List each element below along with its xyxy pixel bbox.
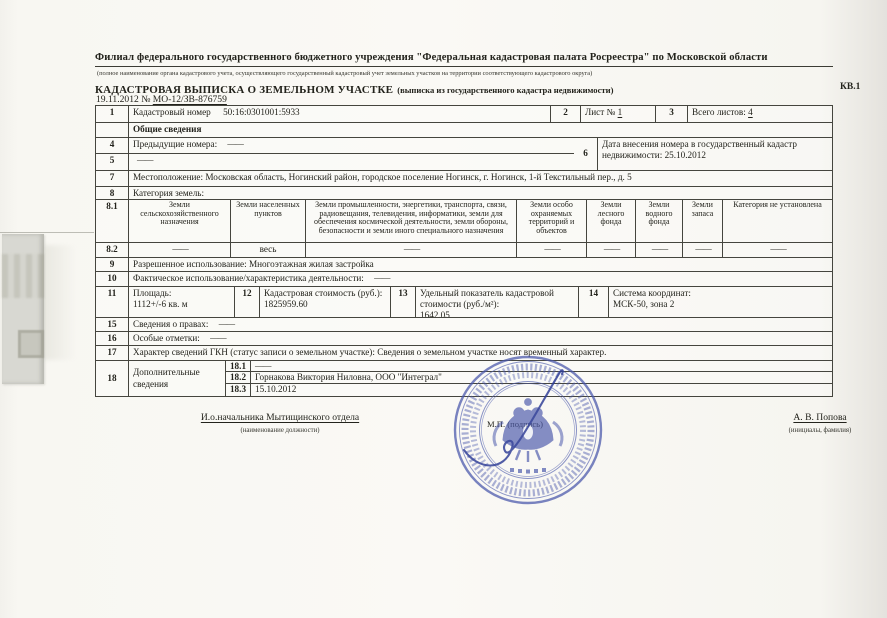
row-number: 8.2 — [96, 243, 129, 257]
document-number-line: 19.11.2012 № МО-12/ЗВ-876759 — [96, 94, 227, 105]
registry-date-cell: Дата внесения номера в государственный к… — [598, 138, 832, 170]
row-number: 11 — [96, 287, 129, 317]
form-code: КВ.1 — [840, 82, 860, 92]
cadastral-number-cell: Кадастровый номер 50:16:0301001:5933 — [129, 106, 551, 122]
scan-artifact-box — [18, 330, 44, 358]
area-label: Площадь: — [133, 288, 230, 299]
table-row: Общие сведения — [96, 123, 832, 138]
row-number: 3 — [656, 106, 688, 122]
coordinate-system-cell: Система координат: МСК-50, зона 2 — [609, 287, 832, 317]
land-category-cell: Категория земель: — [129, 187, 832, 199]
row-number: 18 — [96, 361, 129, 396]
coordinate-system-value: МСК-50, зона 2 — [613, 299, 828, 310]
cadastral-number-value: 50:16:0301001:5933 — [223, 107, 300, 117]
category-col-forest: Земли лесного фонда — [587, 200, 636, 242]
sheet-value: 1 — [618, 107, 623, 117]
specific-value-cell: Удельный показатель кадастровой стоимост… — [416, 287, 579, 317]
row-number: 9 — [96, 258, 129, 271]
cadastral-value-label: Кадастровая стоимость (руб.): — [264, 288, 386, 299]
category-value-reserve: —— — [683, 243, 723, 257]
rights-label: Сведения о правах: — [133, 319, 208, 329]
scan-artifact-band — [2, 254, 44, 298]
permitted-use-cell: Разрешенное использование: Многоэтажная … — [129, 258, 832, 271]
rights-cell: Сведения о правах: —— — [129, 318, 832, 331]
coordinate-system-label: Система координат: — [613, 288, 828, 299]
row-number: 16 — [96, 332, 129, 345]
section-general-header: Общие сведения — [129, 123, 832, 137]
row-number-empty — [96, 123, 129, 137]
table-subrow: 5 —— — [96, 154, 574, 170]
location-cell: Местоположение: Московская область, Ноги… — [129, 171, 832, 186]
row-number: 12 — [235, 287, 260, 317]
category-value-not-set: —— — [723, 243, 832, 257]
category-value-protected: —— — [517, 243, 587, 257]
sheet-label: Лист № — [585, 107, 618, 117]
specific-value-amount: 1642.05 — [420, 310, 574, 317]
total-sheets-label: Всего листов: — [692, 107, 748, 117]
category-col-industry: Земли промышленности, энергетики, трансп… — [306, 200, 517, 242]
table-row: 16 Особые отметки: —— — [96, 332, 832, 346]
document-number: МО-12/ЗВ-876759 — [153, 94, 227, 105]
table-row: 1 Кадастровый номер 50:16:0301001:5933 2… — [96, 106, 832, 123]
table-row: 15 Сведения о правах: —— — [96, 318, 832, 332]
row-number: 18.1 — [226, 361, 251, 371]
previous-numbers-label: Предыдущие номера: — [133, 139, 217, 149]
round-stamp-icon — [448, 350, 608, 510]
dash-value: —— — [374, 273, 388, 283]
scan-edge-line — [0, 232, 94, 233]
row-number: 5 — [96, 154, 129, 170]
category-value-water: —— — [636, 243, 683, 257]
official-name-caption: (инициалы, фамилия) — [770, 427, 870, 434]
table-row: 7 Местоположение: Московская область, Но… — [96, 171, 832, 187]
row-number: 6 — [574, 138, 598, 170]
table-row: 8 Категория земель: — [96, 187, 832, 200]
previous-numbers-cell-2: —— — [129, 154, 574, 170]
cadastral-value-amount: 1825959.60 — [264, 299, 386, 310]
row-number: 10 — [96, 272, 129, 286]
org-name-caption: (полное наименование органа кадастрового… — [97, 70, 835, 77]
category-col-protected: Земли особо охраняемых территорий и объе… — [517, 200, 587, 242]
eagle-emblem-icon — [494, 399, 562, 462]
cadastral-number-label: Кадастровый номер — [133, 107, 211, 117]
category-value-agricultural: —— — [129, 243, 231, 257]
official-name-block: А. В. Попова (инициалы, фамилия) — [770, 412, 870, 434]
specific-value-label: Удельный показатель кадастровой стоимост… — [420, 288, 574, 310]
org-name: Филиал федерального государственного бюд… — [95, 52, 833, 67]
table-row: 11 Площадь: 1112+/-6 кв. м 12 Кадастрова… — [96, 287, 832, 318]
row-number: 7 — [96, 171, 129, 186]
table-row: 10 Фактическое использование/характерист… — [96, 272, 832, 287]
category-value-industry: —— — [306, 243, 517, 257]
scan-artifact-block — [2, 234, 44, 384]
scanned-document-page: Филиал федерального государственного бюд… — [0, 0, 887, 618]
category-col-settlements: Земли населенных пунктов — [231, 200, 306, 242]
official-name: А. В. Попова — [770, 412, 870, 423]
row-number: 15 — [96, 318, 129, 331]
dash-value: —— — [227, 139, 241, 149]
dash-value: —— — [210, 333, 224, 343]
category-value-forest: —— — [587, 243, 636, 257]
actual-use-label: Фактическое использование/характеристика… — [133, 273, 364, 283]
actual-use-cell: Фактическое использование/характеристика… — [129, 272, 832, 286]
table-row: 8.1 Земли сельскохозяйственного назначен… — [96, 200, 832, 243]
row-number: 1 — [96, 106, 129, 122]
category-col-not-set: Категория не установлена — [723, 200, 832, 242]
row-number: 4 — [96, 138, 129, 153]
area-cell: Площадь: 1112+/-6 кв. м — [129, 287, 235, 317]
row-number: 8.1 — [96, 200, 129, 242]
special-notes-cell: Особые отметки: —— — [129, 332, 832, 345]
row-number: 18.3 — [226, 384, 251, 396]
additional-info-label: Дополнительные сведения — [129, 361, 226, 396]
table-subrow: 4 Предыдущие номера: —— — [96, 138, 574, 154]
official-position: И.о.начальника Мытищинского отдела — [194, 412, 366, 423]
total-sheets-cell: Всего листов: 4 — [688, 106, 832, 122]
cadastral-value-cell: Кадастровая стоимость (руб.): 1825959.60 — [260, 287, 391, 317]
row-number: 13 — [391, 287, 416, 317]
category-col-water: Земли водного фонда — [636, 200, 683, 242]
row-number: 14 — [579, 287, 609, 317]
category-col-agricultural: Земли сельскохозяйственного назначения — [129, 200, 231, 242]
row-number: 18.2 — [226, 372, 251, 383]
table-row: 4 Предыдущие номера: —— 5 —— 6 Дата внес… — [96, 138, 832, 171]
row-number: 8 — [96, 187, 129, 199]
previous-numbers-cell: Предыдущие номера: —— — [129, 138, 574, 153]
scan-artifact-shadow — [44, 245, 92, 360]
total-sheets-value: 4 — [748, 107, 753, 117]
dash-value: —— — [137, 155, 151, 165]
table-row: 9 Разрешенное использование: Многоэтажна… — [96, 258, 832, 272]
row-number: 17 — [96, 346, 129, 360]
special-notes-label: Особые отметки: — [133, 333, 200, 343]
previous-numbers-block: 4 Предыдущие номера: —— 5 —— — [96, 138, 574, 170]
official-position-block: И.о.начальника Мытищинского отдела (наим… — [194, 412, 366, 434]
sheet-cell: Лист № 1 — [581, 106, 656, 122]
document-date: 19.11.2012 № — [96, 94, 153, 105]
category-value-settlements: весь — [231, 243, 306, 257]
official-position-caption: (наименование должности) — [194, 427, 366, 434]
dash-value: —— — [219, 319, 233, 329]
table-row: 8.2 —— весь —— —— —— —— —— —— — [96, 243, 832, 258]
category-col-reserve: Земли запаса — [683, 200, 723, 242]
row-number: 2 — [551, 106, 581, 122]
document-title-note: (выписка из государственного кадастра не… — [397, 85, 613, 95]
area-value: 1112+/-6 кв. м — [133, 299, 230, 310]
